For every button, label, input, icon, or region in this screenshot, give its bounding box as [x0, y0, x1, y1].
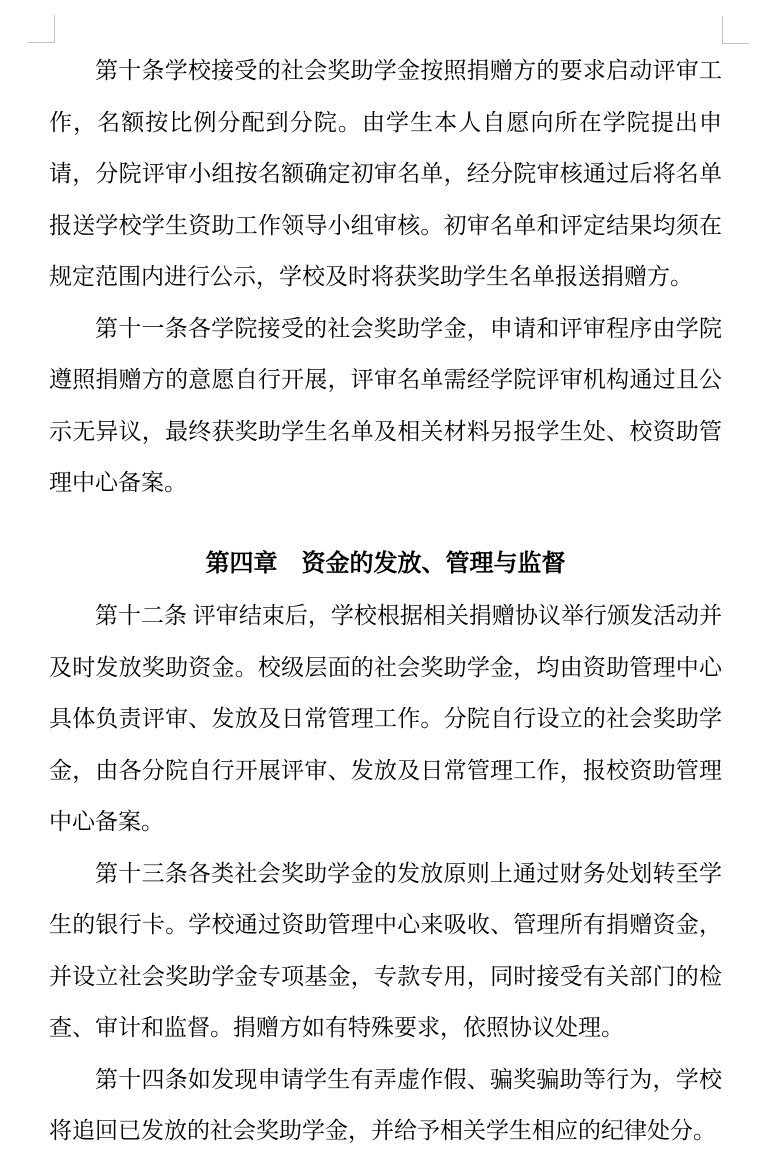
document-body: 第十条学校接受的社会奖助学金按照捐赠方的要求启动评审工作，名额按比例分配到分院。… [49, 45, 722, 1157]
paragraph-article-10: 第十条学校接受的社会奖助学金按照捐赠方的要求启动评审工作，名额按比例分配到分院。… [49, 45, 722, 303]
paragraph-article-11: 第十一条各学院接受的社会奖助学金，申请和评审程序由学院遵照捐赠方的意愿自行开展，… [49, 303, 722, 509]
crop-mark-top-right [722, 16, 749, 44]
paragraph-article-14: 第十四条如发现申请学生有弄虚作假、骗奖骗助等行为，学校将追回已发放的社会奖助学金… [49, 1054, 722, 1157]
document-page: 第十条学校接受的社会奖助学金按照捐赠方的要求启动评审工作，名额按比例分配到分院。… [0, 0, 773, 1160]
paragraph-article-13: 第十三条各类社会奖助学金的发放原则上通过财务处划转至学生的银行卡。学校通过资助管… [49, 848, 722, 1054]
chapter-heading: 第四章 资金的发放、管理与监督 [49, 539, 722, 591]
crop-mark-top-left [28, 15, 55, 43]
paragraph-article-12: 第十二条 评审结束后，学校根据相关捐赠协议举行颁发活动并及时发放奖助资金。校级层… [49, 590, 722, 848]
